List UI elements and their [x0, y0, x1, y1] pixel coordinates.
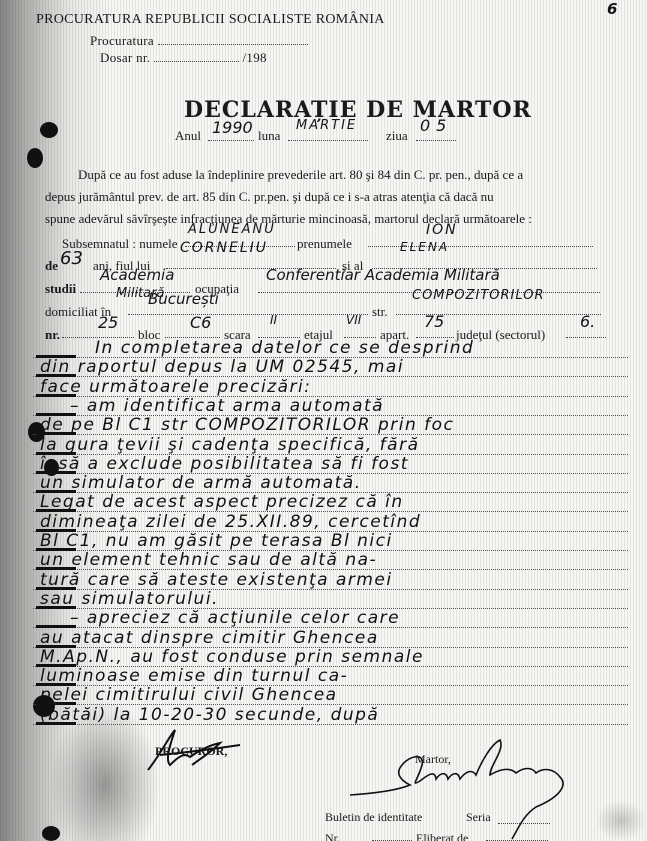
date-year-label: Anul — [175, 128, 201, 144]
nume-value: ALUNEANU — [188, 222, 276, 237]
statement-line: la gura ţevii şi cadenţa specifică, fără — [40, 435, 630, 455]
statement-line: de pe Bl C1 str COMPOZITORILOR prin foc — [40, 415, 630, 435]
mama-value: ELENA — [400, 240, 449, 254]
statement-line: din raportul depus la UM 02545, mai — [40, 357, 630, 377]
statement-line: M.Ap.N., au fost conduse prin semnale — [40, 647, 630, 667]
date-year-value: 1990 — [212, 118, 253, 137]
procuratura-line: Procuratura — [90, 33, 308, 49]
preamble-line-2: depus jurământul prev. de art. 85 din C.… — [45, 186, 494, 208]
page-number: 6 — [607, 0, 617, 18]
scara-field — [258, 321, 300, 338]
procuror-signature — [140, 725, 250, 775]
statement-line: tură care să ateste existenţa armei — [40, 570, 630, 590]
eliberat-field — [486, 831, 548, 841]
statement-line: un element tehnic sau de altă na- — [40, 550, 630, 570]
dosar-label: Dosar nr. — [100, 50, 150, 65]
prenume-label: prenumele — [297, 236, 352, 252]
bloc-value: C6 — [190, 313, 211, 332]
statement-line: însă a exclude posibilitatea să fi fost — [40, 454, 630, 474]
str-value: COMPOZITORILOR — [412, 288, 545, 303]
statement-line: sau simulatorului. — [40, 589, 630, 609]
sector-value: 6. — [580, 312, 595, 331]
statement-line: un simulator de armă automată. — [40, 473, 630, 493]
statement-line: pelei cimitirului civil Ghencea — [40, 685, 630, 705]
statement-line: luminoase emise din turnul ca- — [40, 666, 630, 686]
eliberat-label: Eliberat de — [416, 831, 468, 841]
punch-hole — [42, 826, 60, 841]
scan-shadow — [595, 800, 647, 841]
etaj-value: VII — [346, 313, 361, 327]
id-nr-field — [372, 831, 412, 841]
prenume-value: ION — [426, 222, 458, 238]
dosar-year: /198 — [242, 50, 266, 65]
tata-value: CORNELIU — [180, 240, 268, 256]
punch-hole — [40, 122, 58, 138]
scanned-page: 6 PROCURATURA REPUBLICII SOCIALISTE ROMÂ… — [0, 0, 647, 841]
de-label: de — [45, 258, 58, 274]
preamble-line-1: După ce au fost aduse la îndeplinire pre… — [78, 164, 523, 186]
statement-line: – am identificat arma automată — [70, 396, 647, 416]
studii-label: studii — [45, 281, 76, 297]
str-label: str. — [372, 304, 388, 320]
statement-line: au atacat dinspre cimitir Ghencea — [40, 628, 630, 648]
nr-value: 25 — [98, 313, 118, 332]
seria-field — [498, 810, 550, 824]
domiciliu-value: București — [148, 290, 219, 308]
statement-line: dimineaţa zilei de 25.XII.89, cercetînd — [40, 512, 630, 532]
statement-line: (bătăi) la 10-20-30 secunde, după — [40, 705, 630, 725]
date-day-label: ziua — [386, 128, 408, 144]
statement-line: – apreciez că acţiunile celor care — [70, 608, 647, 628]
seria-label: Seria — [466, 810, 491, 825]
ocupatia-value: Conferentiar Academia Militară — [266, 266, 500, 284]
date-day-value: 05 — [420, 116, 452, 135]
date-month-value: MARTIE — [296, 118, 357, 133]
apart-value: 75 — [424, 312, 444, 331]
date-month-label: luna — [258, 128, 280, 144]
procuratura-label: Procuratura — [90, 33, 154, 48]
statement-line: Bl C1, nu am găsit pe terasa Bl nici — [40, 531, 630, 551]
statement-line: In completarea datelor ce se desprind — [95, 338, 647, 358]
scara-value: II — [270, 313, 277, 327]
institution-header: PROCURATURA REPUBLICII SOCIALISTE ROMÂNI… — [36, 12, 385, 28]
buletin-label: Buletin de identitate — [325, 810, 422, 825]
dosar-line: Dosar nr. /198 — [100, 50, 267, 66]
varsta-value: 63 — [60, 248, 83, 269]
nr-label: nr. — [45, 327, 60, 343]
preamble-line-3: spune adevărul săvîrşeşte infracţiunea d… — [45, 208, 532, 230]
id-nr-label: Nr. — [325, 831, 340, 841]
statement-line: face următoarele precizări: — [40, 377, 630, 397]
procuratura-field — [158, 44, 308, 45]
dosar-number-field — [154, 61, 239, 62]
statement-line: Legat de acest aspect precizez că în — [40, 492, 630, 512]
punch-hole — [27, 148, 43, 168]
